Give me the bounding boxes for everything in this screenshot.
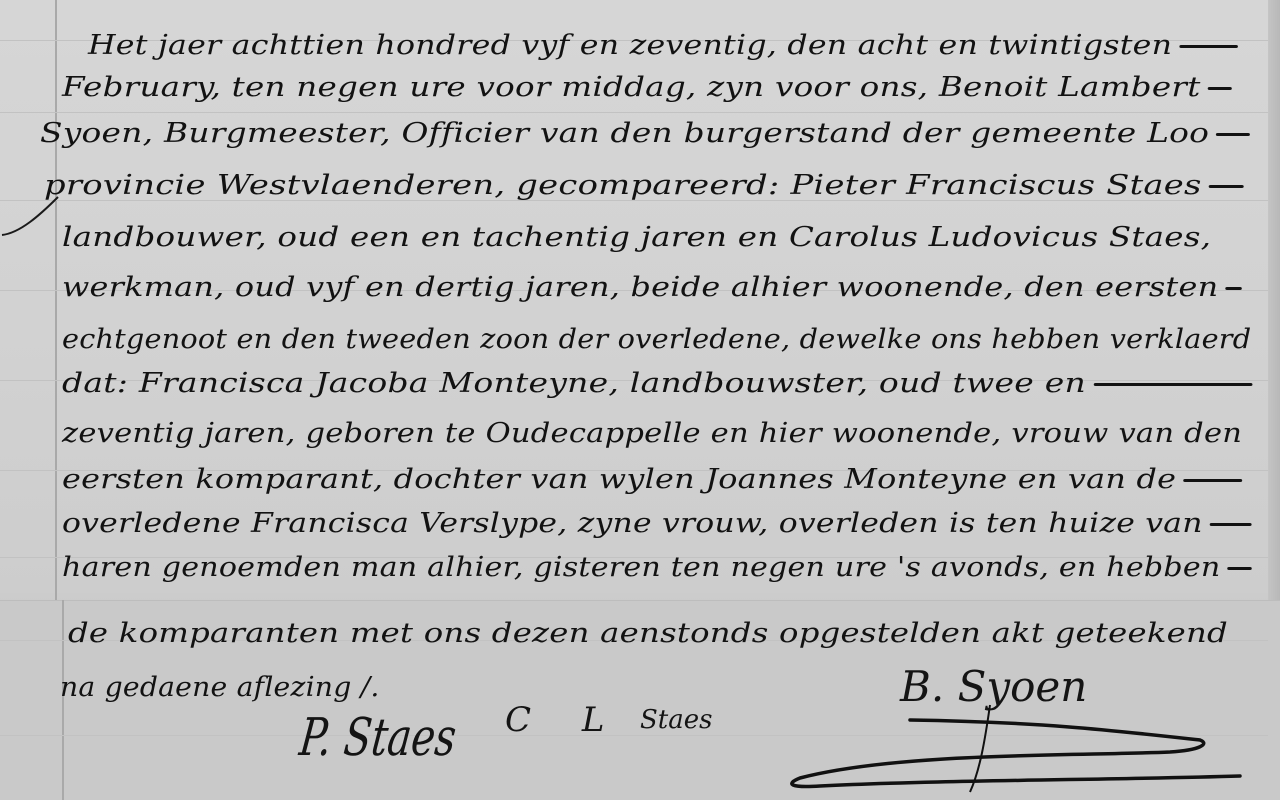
- record-line-12: haren genoemden man alhier, gisteren ten…: [62, 552, 1252, 583]
- record-line-9: zeventig jaren, geboren te Oudecappelle …: [62, 418, 1242, 449]
- record-line-1: Het jaer achttien hondred vyf en zeventi…: [88, 30, 1238, 61]
- record-line-11: overledene Francisca Verslype, zyne vrou…: [62, 508, 1252, 539]
- signature-flourish-icon: [780, 700, 1250, 800]
- signature-p-staes: P. Staes: [297, 708, 459, 768]
- record-line-2: February, ten negen ure voor middag, zyn…: [62, 72, 1232, 103]
- record-line-6: werkman, oud vyf en dertig jaren, beide …: [62, 272, 1242, 303]
- record-line-3: Syoen, Burgmeester, Officier van den bur…: [40, 118, 1250, 149]
- record-line-7: echtgenoot en den tweeden zoon der overl…: [62, 324, 1251, 355]
- record-line-4: provincie Westvlaenderen, gecompareerd: …: [44, 170, 1244, 201]
- record-line-8: dat: Francisca Jacoba Monteyne, landbouw…: [62, 368, 1252, 399]
- record-line-5: landbouwer, oud een en tachentig jaren e…: [62, 222, 1211, 253]
- signature-staes: Staes: [640, 705, 713, 735]
- page-edge: [1268, 0, 1280, 600]
- document-page: Het jaer achttien hondred vyf en zeventi…: [0, 0, 1280, 800]
- record-line-14: na gedaene aflezing /.: [60, 672, 380, 703]
- ruled-line: [0, 112, 1268, 113]
- record-line-10: eersten komparant, dochter van wylen Joa…: [62, 464, 1242, 495]
- signature-c-l: C L: [505, 700, 624, 740]
- margin-flourish-icon: [0, 195, 60, 240]
- record-line-13: de komparanten met ons dezen aenstonds o…: [68, 618, 1228, 649]
- margin-rule: [55, 0, 57, 600]
